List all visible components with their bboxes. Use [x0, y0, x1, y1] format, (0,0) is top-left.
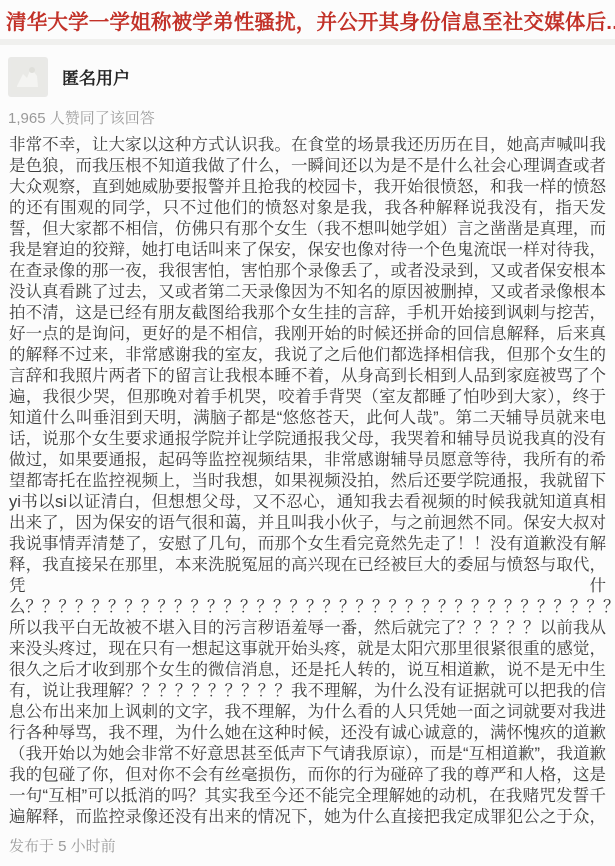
- author-row: 匿名用户: [0, 45, 615, 97]
- author-name[interactable]: 匿名用户: [62, 64, 130, 89]
- answer-body: 非常不幸，让大家以这种方式认识我。在食堂的场景我还历历在目，她高声喊叫我是色狼，…: [0, 128, 615, 829]
- answer-page: 清华大学一学姐称被学弟性骚扰，并公开其身份信息至社交媒体后... 匿名用户 1,…: [0, 0, 615, 866]
- publish-time: 发布于 5 小时前: [0, 829, 615, 866]
- anonymous-figure-icon: [11, 60, 45, 94]
- question-title[interactable]: 清华大学一学姐称被学弟性骚扰，并公开其身份信息至社交媒体后...: [0, 0, 615, 39]
- upvote-count-text: 1,965 人赞同了该回答: [0, 97, 615, 128]
- anonymous-user-avatar[interactable]: [8, 57, 48, 97]
